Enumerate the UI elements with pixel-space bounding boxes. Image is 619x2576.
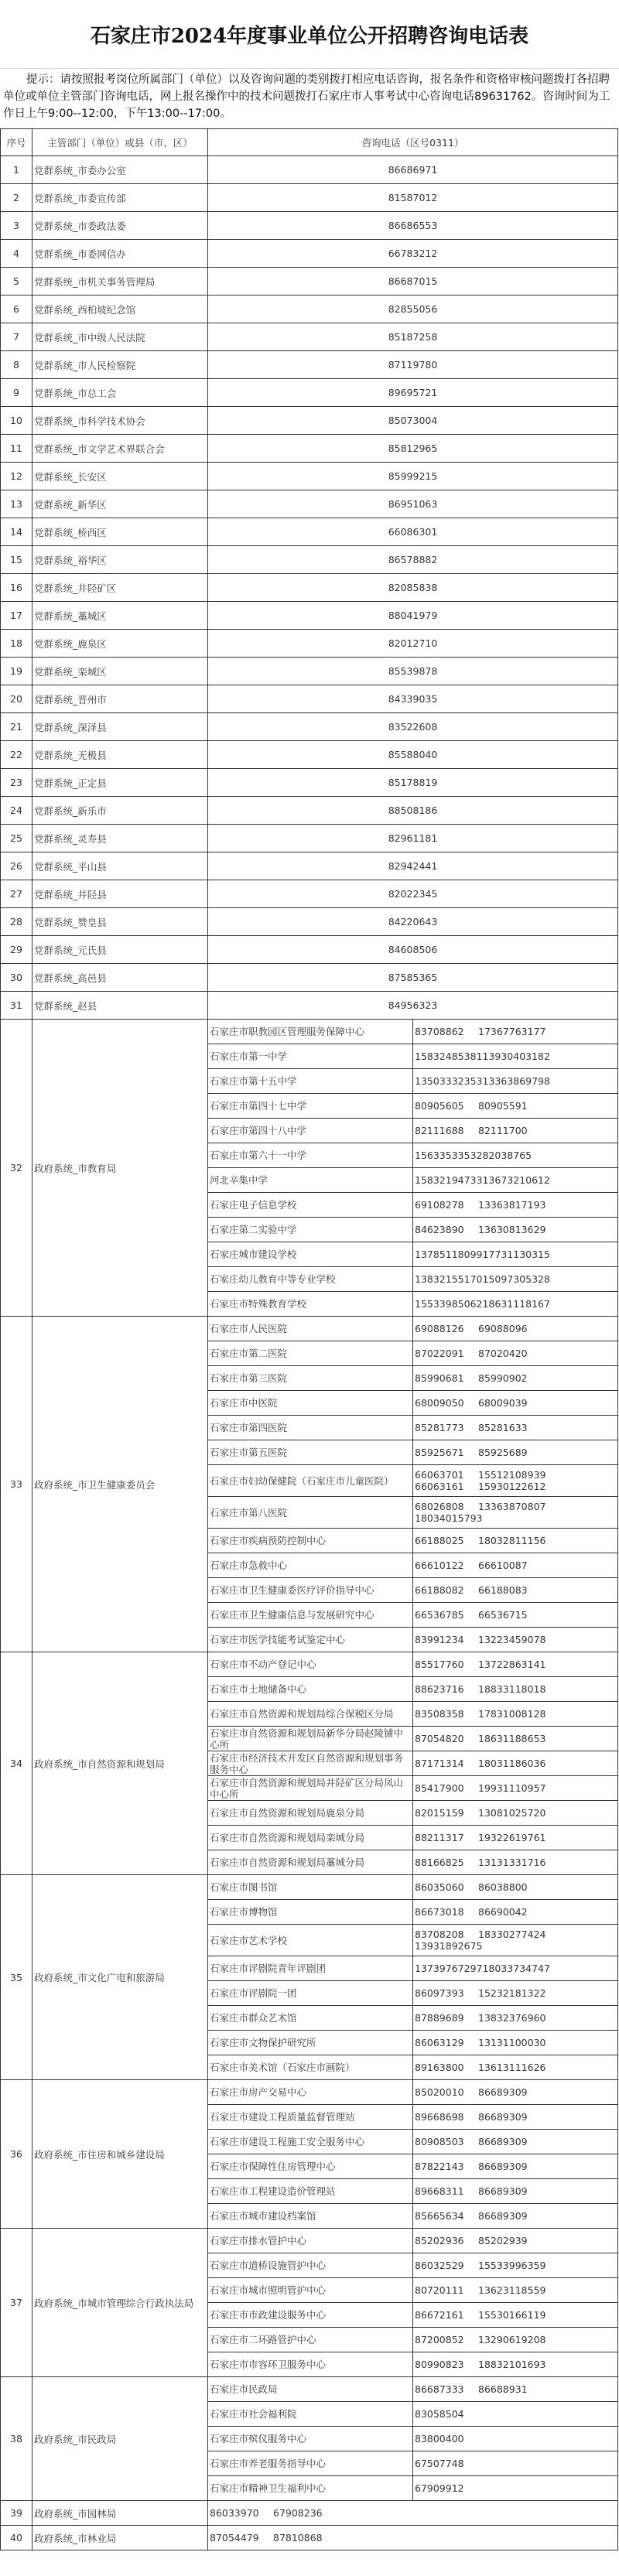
table-row: 4党群系统_市委网信办66783212 [1,240,618,268]
phone-number: 66063701 [415,1469,478,1481]
phone-number: 13673210612 [482,1174,549,1186]
phone-number: 13131100030 [478,2037,545,2048]
phone-number: 84956323 [208,992,618,1020]
unit-phones: 67909912 [413,2476,618,2501]
unit-name: 石家庄市疾病预防控制中心 [208,1529,413,1553]
phone-number: 15533985062 [415,1298,482,1310]
row-number: 26 [1,852,32,880]
notice-text: 提示：请按照报考岗位所属部门（单位）以及咨询问题的类别拨打相应电话咨询，报名条件… [0,68,619,132]
unit-phones: 8717131418031186036 [413,1751,618,1776]
table-row: 11党群系统_市文学艺术界联合会85812965 [1,435,618,463]
phone-number: 18631118167 [482,1298,549,1310]
phone-number: 85281773 [415,1422,478,1433]
phone-number: 18330277424 [478,1929,545,1940]
phone-number: 85665634 [415,2210,478,2222]
dept-name: 党群系统_新华区 [32,490,208,518]
unit-name: 石家庄市精神卫生福利中心 [208,2476,413,2501]
phone-number: 15530166119 [478,2309,545,2321]
phone-number: 19931110957 [478,1782,545,1794]
row-number: 29 [1,936,32,964]
row-number: 30 [1,964,32,992]
unit-phones: 8603252915533996359 [413,2253,618,2278]
row-number: 21 [1,713,32,741]
phone-number: 13832155170 [415,1273,482,1285]
unit-phones: 8702209187020420 [413,1341,618,1366]
phone-number: 19322619761 [478,1832,545,1843]
unit-name: 石家庄市第四十八中学 [208,1119,413,1143]
unit-name: 石家庄市土地储备中心 [208,1677,413,1702]
dept-name: 政府系统_市卫生健康委员会 [32,1317,208,1652]
unit-phones: 1383215517015097305328 [413,1267,618,1292]
unit-name: 石家庄市城市照明管护中心 [208,2278,413,2303]
dept-name: 党群系统_西柏坡纪念馆 [32,296,208,323]
unit-name: 石家庄市市政建设服务中心 [208,2303,413,2328]
unit-name: 石家庄市美术馆（石家庄市画院） [208,2055,413,2080]
phone-number: 83991234 [415,1634,478,1645]
row-number: 38 [1,2377,32,2501]
table-row: 5党群系统_市机关事务管理局86687015 [1,268,618,296]
phone-number: 85925689 [478,1447,542,1458]
row-number: 31 [1,992,32,1020]
table-row: 36政府系统_市住房和城乡建设局石家庄市房产交易中心85020010866893… [1,2080,618,2105]
phone-number: 84339035 [208,685,618,713]
unit-name: 石家庄市评剧院一团 [208,1981,413,2006]
unit-phones: 66063701155121089396606316115930122612 [413,1465,618,1497]
unit-phones: 8592567185925689 [413,1440,618,1465]
unit-phones: 1378511809917731130315 [413,1242,618,1267]
dept-name: 政府系统_市自然资源和规划局 [32,1652,208,1875]
unit-phones: 8399123413223459078 [413,1628,618,1652]
table-row: 2党群系统_市委宣传部81587012 [1,184,618,212]
phone-number: 86689309 [478,2111,542,2123]
phone-number: 15097305328 [482,1273,549,1285]
unit-phones: 8370886217367763177 [413,1020,618,1044]
table-row: 15党群系统_裕华区86578882 [1,546,618,574]
phone-number: 82012710 [208,630,618,658]
unit-name: 石家庄市经济技术开发区自然资源和规划事务服务中心 [208,1751,413,1776]
phone-number: 66188082 [415,1584,478,1596]
table-header-row: 序号 主管部门（单位）或县（市、区） 咨询电话（区号0311） [1,129,618,156]
dept-name: 党群系统_井陉矿区 [32,574,208,602]
unit-phones: 6910827813363817193 [413,1193,618,1218]
unit-phones: 8966869886689309 [413,2105,618,2130]
phone-number: 87810868 [273,2532,337,2544]
unit-phones: 8862371618833118018 [413,1677,618,1702]
phone-number: 18833118018 [478,1683,545,1695]
dept-name: 党群系统_藁城区 [32,602,208,630]
unit-phones: 837082081833027742413931892675 [413,1925,618,1956]
dept-name: 党群系统_赞皇县 [32,908,208,936]
dept-name: 党群系统_平山县 [32,852,208,880]
unit-phones: 8090560580905591 [413,1094,618,1119]
dept-name: 党群系统_无极县 [32,741,208,769]
unit-phones: 1563353353282038765 [413,1143,618,1168]
dept-name: 党群系统_桥西区 [32,518,208,546]
unit-phones: 1583219473313673210612 [413,1168,618,1193]
phone-number: 85539878 [208,658,618,685]
phone-number: 87022091 [415,1348,478,1359]
phone-number: 88623716 [415,1683,478,1695]
unit-phones: 8782214386689309 [413,2154,618,2179]
phone-number: 66188083 [478,1584,542,1596]
row-number: 28 [1,908,32,936]
unit-phones: 6800905068009039 [413,1391,618,1416]
phone-number: 80990823 [415,2359,478,2370]
unit-phones: 8211168882111700 [413,1119,618,1143]
row-number: 4 [1,240,32,268]
phone-number: 13363817193 [478,1199,545,1211]
unit-phones: 8462389013630813629 [413,1218,618,1242]
table-row: 14党群系统_桥西区66086301 [1,518,618,546]
unit-name: 石家庄市第五医院 [208,1440,413,1465]
phone-number: 67909912 [415,2482,478,2494]
unit-phones: 8788968913832376960 [413,2006,618,2031]
unit-name: 石家庄市社会福利院 [208,2402,413,2427]
unit-name: 石家庄市卫生健康信息与发展研究中心 [208,1603,413,1628]
phone-number: 85588040 [208,741,618,769]
table-row: 3党群系统_市委政法委86686553 [1,212,618,240]
phone-number: 84220643 [208,908,618,936]
row-number: 20 [1,685,32,713]
unit-name: 石家庄市评剧院青年评剧团 [208,1956,413,1981]
dept-name: 党群系统_市总工会 [32,379,208,407]
dept-name: 党群系统_赵县 [32,992,208,1020]
unit-phones: 6908812669088096 [413,1317,618,1341]
unit-name: 石家庄市自然资源和规划局栾城分局 [208,1826,413,1850]
phone-number: 82111700 [478,1125,542,1136]
table-row: 25党群系统_灵寿县82961181 [1,825,618,852]
dept-name: 政府系统_市文化广电和旅游局 [32,1875,208,2080]
phone-number: 87119780 [208,351,618,379]
unit-phones: 8720085213290619208 [413,2328,618,2352]
dept-name: 党群系统_栾城区 [32,658,208,685]
unit-name: 石家庄市第三医院 [208,1366,413,1391]
row-number: 15 [1,546,32,574]
row-number: 8 [1,351,32,379]
unit-phones: 8350835817831008128 [413,1702,618,1727]
phone-number: 80905591 [478,1100,542,1112]
phone-number: 85178819 [208,769,618,797]
phone-number: 86097393 [415,1987,478,1999]
row-number: 14 [1,518,32,546]
phone-number: 86689309 [478,2210,542,2222]
dept-name: 党群系统_市中级人民法院 [32,323,208,351]
phone-number: 82015159 [415,1807,478,1819]
table-row: 24党群系统_新乐市88508186 [1,797,618,825]
phone-number: 85517760 [415,1659,478,1670]
row-number: 2 [1,184,32,212]
table-row: 19党群系统_栾城区85539878 [1,658,618,685]
phone-number: 86673018 [415,1906,478,1918]
row-number: 24 [1,797,32,825]
dept-name: 党群系统_市委宣传部 [32,184,208,212]
phone-number: 85281633 [478,1422,542,1433]
phone-number: 82961181 [208,825,618,852]
row-number: 25 [1,825,32,852]
unit-name: 石家庄市房产交易中心 [208,2080,413,2105]
phone-number: 83058504 [415,2408,478,2420]
unit-name: 石家庄市排水管护中心 [208,2229,413,2253]
unit-phones: 8609739315232181322 [413,1981,618,2006]
phone-number: 82085838 [208,574,618,602]
row-number: 5 [1,268,32,296]
unit-name: 河北辛集中学 [208,1168,413,1193]
table-row: 38政府系统_市民政局石家庄市民政局8668733386688931 [1,2377,618,2402]
unit-name: 石家庄市人民医院 [208,1317,413,1341]
unit-name: 石家庄市第四医院 [208,1416,413,1440]
table-row: 7党群系统_市中级人民法院85187258 [1,323,618,351]
row-number: 17 [1,602,32,630]
unit-name: 石家庄市艺术学校 [208,1925,413,1956]
phone-number: 86689309 [478,2086,542,2098]
unit-phones: 8667216115530166119 [413,2303,618,2328]
phone-number: 88166825 [415,1857,478,1868]
phone-number: 86690042 [478,1906,542,1918]
phone-number: 87171314 [415,1758,478,1769]
row-number: 39 [1,2501,32,2526]
phone-number: 86951063 [208,490,618,518]
dept-name: 党群系统_市科学技术协会 [32,407,208,435]
table-row: 27党群系统_井陉县82022345 [1,880,618,908]
phone-number: 86032529 [415,2260,478,2271]
phone-number: 85999215 [208,463,618,490]
unit-name: 石家庄市养老服务指导中心 [208,2451,413,2476]
table-row: 35政府系统_市文化广电和旅游局石家庄市图书馆8603506086038800 [1,1875,618,1900]
phone-number: 13785118099 [415,1249,482,1260]
phone-number: 13931892675 [415,1940,482,1952]
table-row: 40政府系统_市林业局8705447987810868 [1,2526,618,2550]
table-row: 18党群系统_鹿泉区82012710 [1,630,618,658]
phone-number: 82855056 [208,296,618,323]
phone-number: 85020010 [415,2086,478,2098]
phone-number: 66536785 [415,1609,478,1621]
unit-name: 石家庄市民政局 [208,2377,413,2402]
dept-name: 党群系统_长安区 [32,463,208,490]
phone-number: 13503332353 [415,1075,482,1087]
unit-phones: 8668733386688931 [413,2377,618,2402]
phone-number: 87585365 [208,964,618,992]
table-row: 16党群系统_井陉矿区82085838 [1,574,618,602]
phone-number: 69088096 [478,1323,542,1334]
phone-number: 86688931 [478,2383,542,2395]
phone-number: 82111688 [415,1125,478,1136]
row-number: 12 [1,463,32,490]
phone-number: 15832485381 [415,1051,482,1062]
unit-name: 石家庄市城市建设档案馆 [208,2204,413,2229]
unit-phones: 67507748 [413,2451,618,2476]
table-row: 12党群系统_长安区85999215 [1,463,618,490]
unit-phones: 680268081336387080718034015793 [413,1497,618,1529]
phone-number: 66188025 [415,1535,478,1546]
dept-name: 党群系统_高邑县 [32,964,208,992]
table-row: 9党群系统_市总工会89695721 [1,379,618,407]
phone-number: 17731130315 [482,1249,549,1260]
unit-phones: 8821131719322619761 [413,1826,618,1850]
phone-number: 67908236 [273,2507,337,2519]
unit-phones: 8520293685202939 [413,2229,618,2253]
header-phone: 咨询电话（区号0311） [208,129,618,156]
phone-number: 13613111626 [478,2062,545,2073]
phone-number: 66610087 [478,1560,542,1571]
row-number: 7 [1,323,32,351]
dept-name: 党群系统_正定县 [32,769,208,797]
phone-number: 15832194733 [415,1174,482,1186]
phone-number: 68009039 [478,1397,542,1409]
phone-number: 85990681 [415,1372,478,1384]
unit-phones: 8705482018631188653 [413,1727,618,1751]
unit-name: 石家庄市特殊教育学校 [208,1292,413,1317]
unit-phones: 8099082318832101693 [413,2352,618,2377]
row-number: 27 [1,880,32,908]
unit-name: 石家庄市不动产登记中心 [208,1652,413,1677]
unit-name: 石家庄市第一中学 [208,1044,413,1069]
table-row: 37政府系统_市城市管理综合行政执法局石家庄市排水管护中心85202936852… [1,2229,618,2253]
phone-number: 88211317 [415,1832,478,1843]
phone-number: 89668698 [415,2111,478,2123]
unit-phones: 8541790019931110957 [413,1776,618,1801]
phone-number: 13623118559 [478,2284,545,2296]
contact-table: 序号 主管部门（单位）或县（市、区） 咨询电话（区号0311） 1党群系统_市委… [0,128,618,2550]
unit-name: 石家庄市职教园区管理服务保障中心 [208,1020,413,1044]
table-row: 22党群系统_无极县85588040 [1,741,618,769]
row-number: 35 [1,1875,32,2080]
phone-number: 86689309 [478,2161,542,2172]
phone-number: 87889689 [415,2012,478,2024]
phone-number: 80905605 [415,1100,478,1112]
phone-number: 89695721 [208,379,618,407]
unit-phones: 8201515913081025720 [413,1801,618,1826]
row-number: 40 [1,2526,32,2550]
unit-phones: 8603506086038800 [413,1875,618,1900]
unit-phones: 1553398506218631118167 [413,1292,618,1317]
unit-name: 石家庄市医学技能考试鉴定中心 [208,1628,413,1652]
unit-phones: 8528177385281633 [413,1416,618,1440]
table-row: 34政府系统_市自然资源和规划局石家庄市不动产登记中心8551776013722… [1,1652,618,1677]
phone-number: 15512108939 [478,1469,545,1481]
dept-name: 党群系统_新乐市 [32,797,208,825]
row-number: 9 [1,379,32,407]
table-row: 10党群系统_市科学技术协会85073004 [1,407,618,435]
phone-number: 86689309 [478,2136,542,2147]
dept-name: 政府系统_市林业局 [32,2526,208,2550]
unit-phones: 1373976729718033734747 [413,1956,618,1981]
phone-number: 18031186036 [478,1758,545,1769]
phone-number: 86035060 [415,1881,478,1893]
unit-name: 石家庄市建设工程施工安全服务中心 [208,2130,413,2154]
phone-number: 85990902 [478,1372,542,1384]
phone-number: 15633533532 [415,1150,482,1161]
row-number: 11 [1,435,32,463]
phone-number: 86038800 [478,1881,542,1893]
table-row: 17党群系统_藁城区88041979 [1,602,618,630]
table-row: 20党群系统_晋州市84339035 [1,685,618,713]
phone-number: 18832101693 [478,2359,545,2370]
unit-name: 石家庄市二环路管护中心 [208,2328,413,2352]
phone-number: 87200852 [415,2334,478,2345]
unit-phones: 8816682513131331716 [413,1850,618,1875]
phone-number: 13722863141 [478,1659,545,1670]
unit-name: 石家庄市文物保护研究所 [208,2031,413,2055]
table-row: 1党群系统_市委办公室86686971 [1,156,618,184]
unit-phones: 8606312913131100030 [413,2031,618,2055]
row-number: 36 [1,2080,32,2229]
dept-name: 党群系统_元氏县 [32,936,208,964]
row-number: 1 [1,156,32,184]
phone-number: 84623890 [415,1224,478,1235]
unit-name: 石家庄市自然资源和规划局鹿泉分局 [208,1801,413,1826]
table-row: 23党群系统_正定县85178819 [1,769,618,797]
phone-number: 66063161 [415,1481,478,1492]
phone-number: 87020420 [478,1348,542,1359]
dept-name: 政府系统_市住房和城乡建设局 [32,2080,208,2229]
table-row: 30党群系统_高邑县87585365 [1,964,618,992]
phone-number: 86689309 [478,2185,542,2197]
unit-name: 石家庄市自然资源和规划局藁城分局 [208,1850,413,1875]
phone-number: 82022345 [208,880,618,908]
table-row: 6党群系统_西柏坡纪念馆82855056 [1,296,618,323]
unit-name: 石家庄市自然资源和规划局综合保税区分局 [208,1702,413,1727]
unit-name: 石家庄市建设工程质量监督管理站 [208,2105,413,2130]
table-row: 39政府系统_市园林局8603397067908236 [1,2501,618,2526]
unit-phones: 6661012266610087 [413,1553,618,1578]
phone-number: 85925671 [415,1447,478,1458]
phone-number: 86672161 [415,2309,478,2321]
dept-name: 政府系统_市城市管理综合行政执法局 [32,2229,208,2377]
dept-name: 党群系统_市委网信办 [32,240,208,268]
unit-name: 石家庄市自然资源和规划局新华分局赵陵铺中心所 [208,1727,413,1751]
phone-number: 83708208 [415,1929,478,1940]
phone-number: 15232181322 [478,1987,545,1999]
row-number: 18 [1,630,32,658]
table-row: 33政府系统_市卫生健康委员会石家庄市人民医院6908812669088096 [1,1317,618,1341]
unit-phones: 6618808266188083 [413,1578,618,1603]
unit-name: 石家庄市第二医院 [208,1341,413,1366]
table-row: 29党群系统_元氏县84608506 [1,936,618,964]
phone-number: 86687333 [415,2383,478,2395]
unit-name: 石家庄市第四十七中学 [208,1094,413,1119]
unit-name: 石家庄幼儿教育中等专业学校 [208,1267,413,1292]
unit-phones: 8072011113623118559 [413,2278,618,2303]
phone-number: 18033734747 [482,1963,549,1974]
dept-name: 党群系统_市文学艺术界联合会 [32,435,208,463]
unit-name: 石家庄市自然资源和规划局井陉矿区分局凤山中心所 [208,1776,413,1801]
phone-number: 18032811156 [478,1535,545,1546]
dept-name: 党群系统_深泽县 [32,713,208,741]
unit-name: 石家庄市殡仪服务中心 [208,2427,413,2451]
row-number: 34 [1,1652,32,1875]
table-row: 28党群系统_赞皇县84220643 [1,908,618,936]
unit-phones: 8705447987810868 [208,2526,618,2550]
table-row: 21党群系统_深泽县83522608 [1,713,618,741]
dept-name: 党群系统_灵寿县 [32,825,208,852]
phone-number: 13223459078 [478,1634,545,1645]
unit-phones: 8566563486689309 [413,2204,618,2229]
unit-name: 石家庄市中医院 [208,1391,413,1416]
page-title: 石家庄市2024年度事业单位公开招聘咨询电话表 [91,20,528,49]
phone-number: 13739767297 [415,1963,482,1974]
unit-phones: 8916380013613111626 [413,2055,618,2080]
phone-number: 80908503 [415,2136,478,2147]
row-number: 37 [1,2229,32,2377]
table-row: 8党群系统_市人民检察院87119780 [1,351,618,379]
phone-number: 81587012 [208,184,618,212]
phone-number: 85202939 [478,2235,542,2246]
row-number: 13 [1,490,32,518]
phone-number: 85417900 [415,1782,478,1794]
unit-phones: 8551776013722863141 [413,1652,618,1677]
phone-number: 85187258 [208,323,618,351]
dept-name: 党群系统_市委政法委 [32,212,208,240]
